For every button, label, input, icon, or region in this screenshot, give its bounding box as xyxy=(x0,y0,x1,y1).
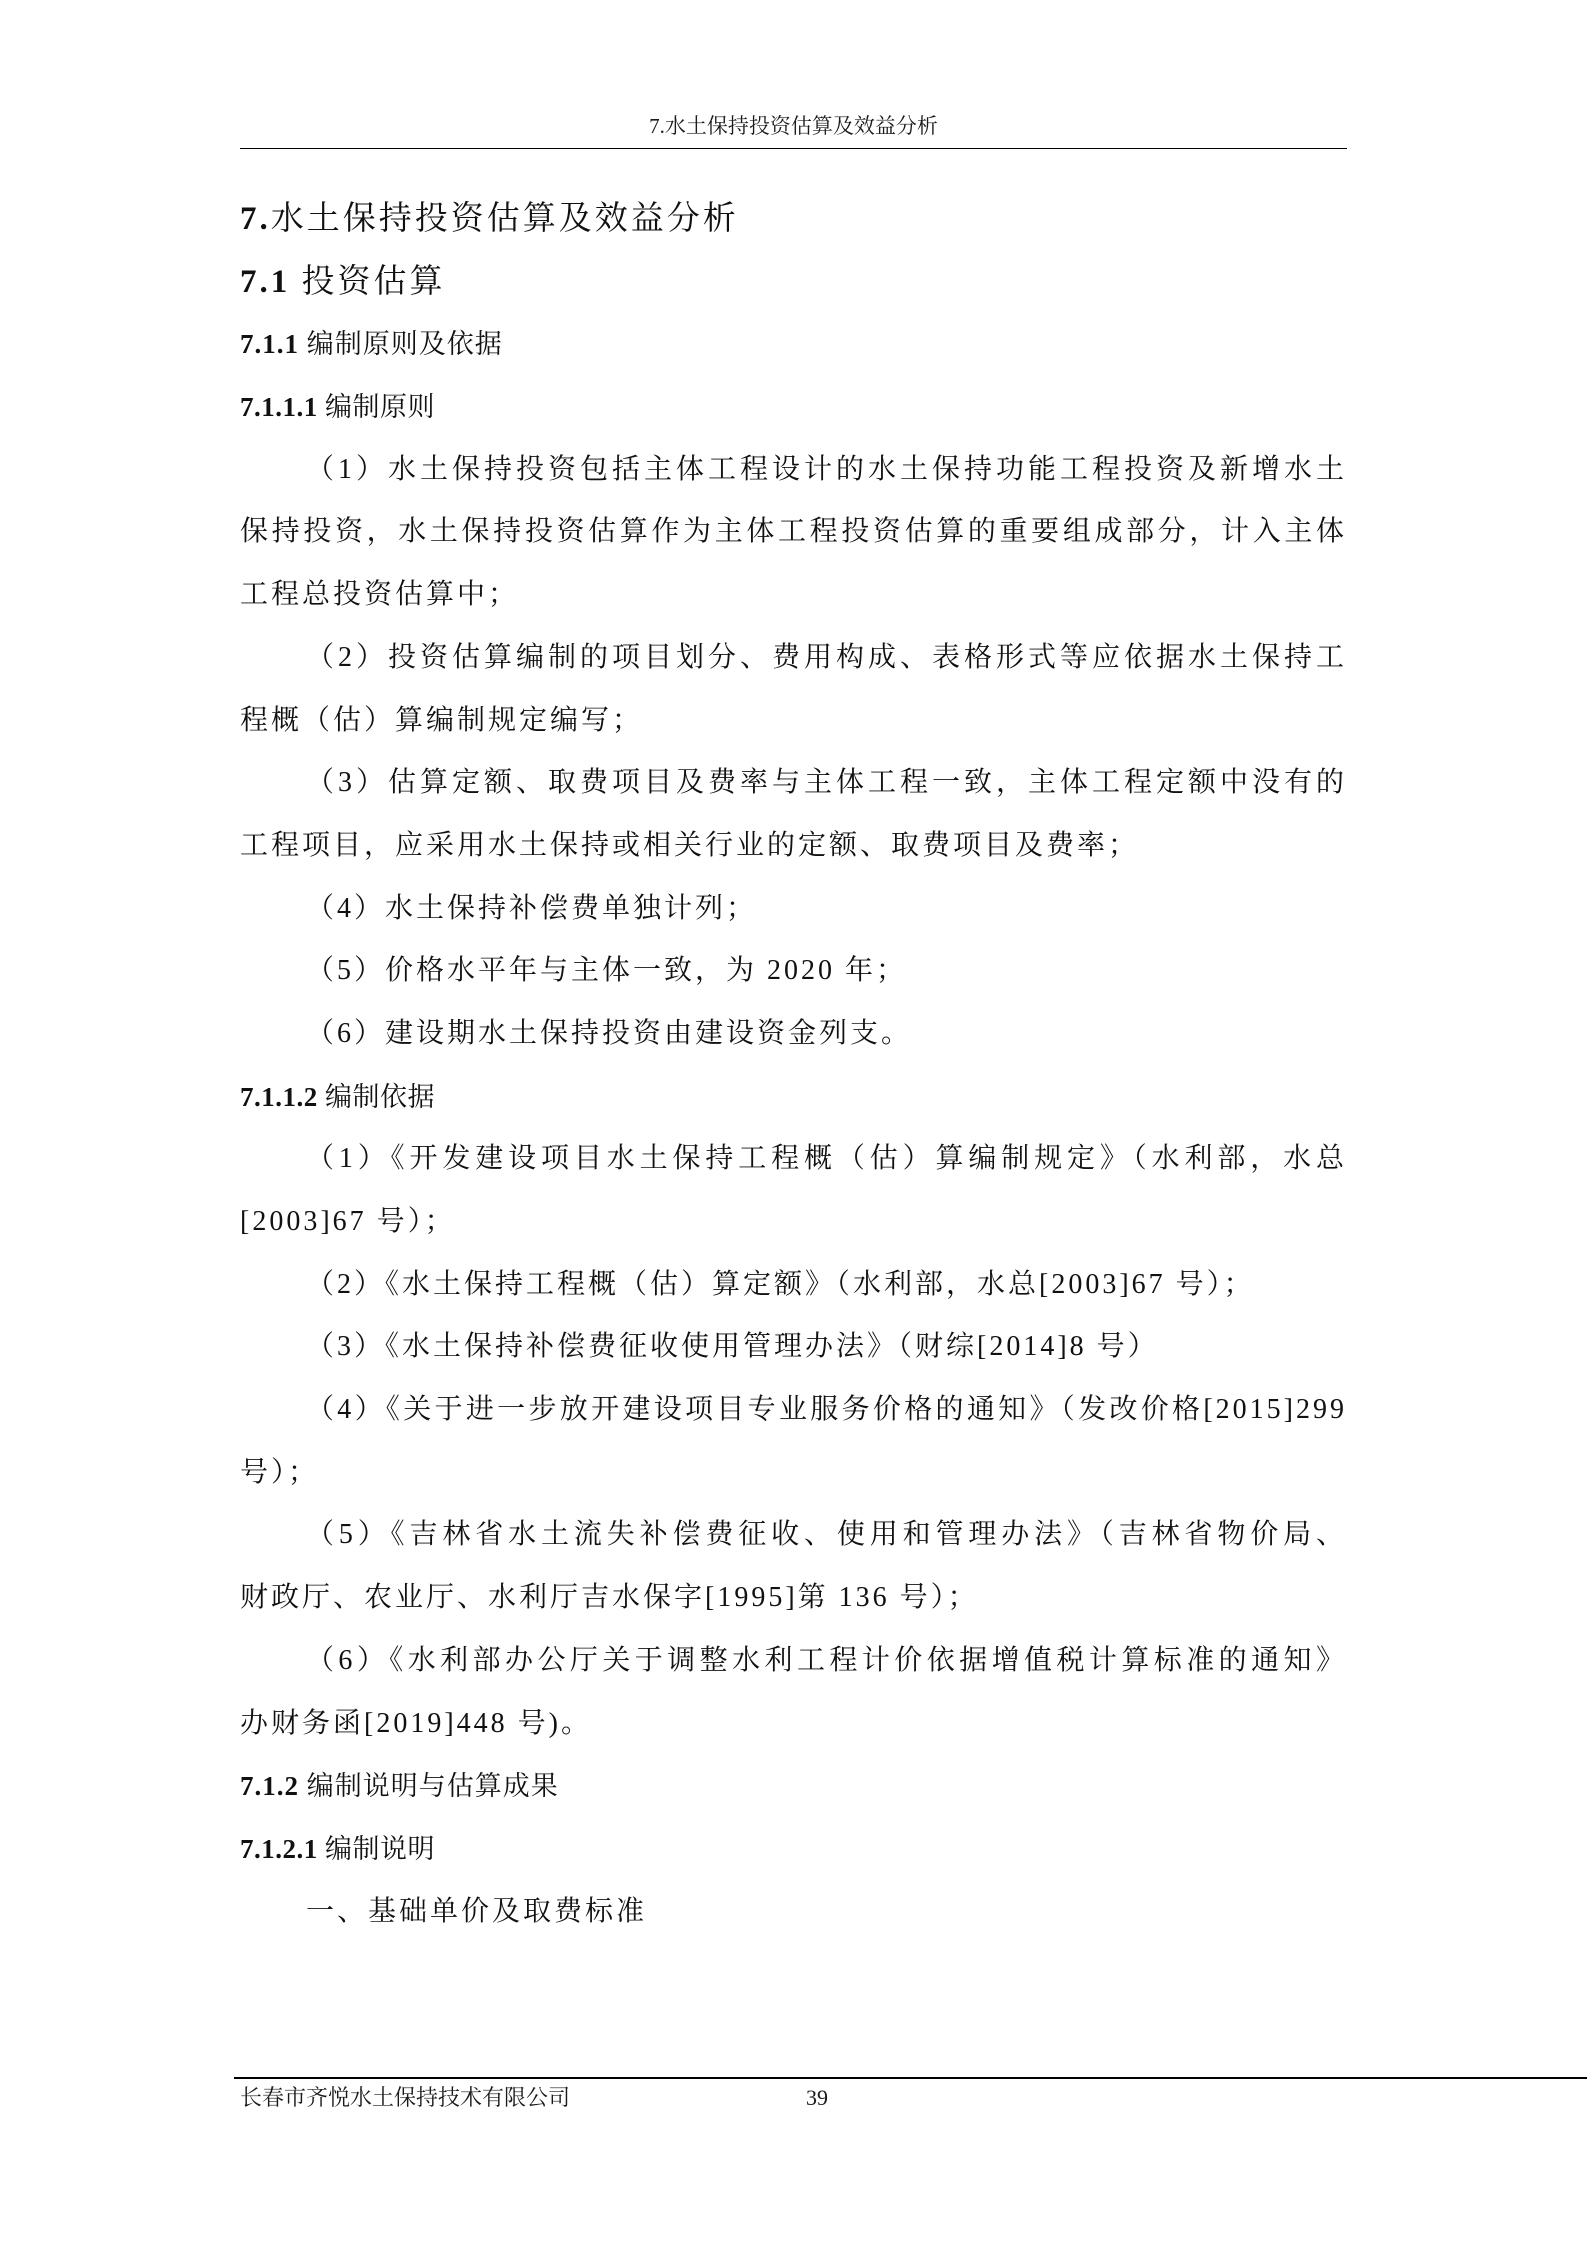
basis-item-4: （4）《关于进一步放开建设项目专业服务价格的通知》（发改价格[2015]299 … xyxy=(240,1379,1347,1504)
text-line: [2003]67 号）； xyxy=(240,1191,1347,1254)
subsubsection-heading-7-1-2-1: 7.1.2.1 编制说明 xyxy=(240,1818,1347,1881)
text-line: （1）水土保持投资包括主体工程设计的水土保持功能工程投资及新增水土 xyxy=(240,439,1347,502)
footer-divider xyxy=(234,2077,1587,2079)
text-line: （4）《关于进一步放开建设项目专业服务价格的通知》（发改价格[2015]299 xyxy=(240,1379,1347,1442)
heading-number: 7. xyxy=(240,201,271,237)
principle-item-6: （6）建设期水土保持投资由建设资金列支。 xyxy=(240,1003,1347,1066)
basis-item-2: （2）《水土保持工程概（估）算定额》（水利部，水总[2003]67 号）； xyxy=(240,1254,1347,1317)
heading-text: 水土保持投资估算及效益分析 xyxy=(271,201,739,237)
section-heading-7-1: 7.1 投资估算 xyxy=(240,251,1347,314)
text-line: 办财务函[2019]448 号)。 xyxy=(240,1693,1347,1756)
text-line: 财政厅、农业厅、水利厅吉水保字[1995]第 136 号）； xyxy=(240,1567,1347,1630)
text-line: （2）投资估算编制的项目划分、费用构成、表格形式等应依据水土保持工 xyxy=(240,627,1347,690)
text-line: 工程项目，应采用水土保持或相关行业的定额、取费项目及费率； xyxy=(240,815,1347,878)
basis-item-3: （3）《水土保持补偿费征收使用管理办法》（财综[2014]8 号） xyxy=(240,1316,1347,1379)
footer-company-name: 长春市齐悦水土保持技术有限公司 xyxy=(240,2083,570,2113)
heading-number: 7.1.1 xyxy=(240,329,299,359)
heading-number: 7.1.2 xyxy=(240,1771,299,1801)
principle-item-3: （3）估算定额、取费项目及费率与主体工程一致，主体工程定额中没有的 工程项目，应… xyxy=(240,752,1347,877)
heading-number: 7.1 xyxy=(240,264,290,300)
text-line: （6）《水利部办公厅关于调整水利工程计价依据增值税计算标准的通知》 xyxy=(240,1630,1347,1693)
text-line: 程概（估）算编制规定编写； xyxy=(240,690,1347,753)
principle-item-4: （4）水土保持补偿费单独计列； xyxy=(240,878,1347,941)
subsubsection-heading-7-1-1-2: 7.1.1.2 编制依据 xyxy=(240,1066,1347,1129)
chapter-heading: 7.水土保持投资估算及效益分析 xyxy=(240,188,1347,251)
heading-text: 投资估算 xyxy=(302,264,446,300)
explanation-item-1: 一、基础单价及取费标准 xyxy=(240,1881,1347,1944)
page-content: 7.水土保持投资估算及效益分析 7.1 投资估算 7.1.1 编制原则及依据 7… xyxy=(240,188,1347,1943)
basis-item-1: （1）《开发建设项目水土保持工程概（估）算编制规定》（水利部，水总 [2003]… xyxy=(240,1128,1347,1253)
principle-item-5: （5）价格水平年与主体一致，为 2020 年； xyxy=(240,940,1347,1003)
page-number: 39 xyxy=(806,2083,828,2113)
heading-number: 7.1.2.1 xyxy=(240,1834,318,1864)
heading-text: 编制原则 xyxy=(325,392,435,422)
text-line: 保持投资，水土保持投资估算作为主体工程投资估算的重要组成部分，计入主体 xyxy=(240,501,1347,564)
header-divider xyxy=(240,148,1347,149)
heading-text: 编制说明与估算成果 xyxy=(307,1771,559,1801)
heading-number: 7.1.1.2 xyxy=(240,1082,318,1112)
text-line: （3）估算定额、取费项目及费率与主体工程一致，主体工程定额中没有的 xyxy=(240,752,1347,815)
heading-text: 编制说明 xyxy=(325,1834,435,1864)
principle-item-2: （2）投资估算编制的项目划分、费用构成、表格形式等应依据水土保持工 程概（估）算… xyxy=(240,627,1347,752)
subsection-heading-7-1-2: 7.1.2 编制说明与估算成果 xyxy=(240,1755,1347,1818)
text-line: （1）《开发建设项目水土保持工程概（估）算编制规定》（水利部，水总 xyxy=(240,1128,1347,1191)
basis-item-5: （5）《吉林省水土流失补偿费征收、使用和管理办法》（吉林省物价局、 财政厅、农业… xyxy=(240,1504,1347,1629)
heading-number: 7.1.1.1 xyxy=(240,392,318,422)
text-line: 号）； xyxy=(240,1442,1347,1505)
basis-item-6: （6）《水利部办公厅关于调整水利工程计价依据增值税计算标准的通知》 办财务函[2… xyxy=(240,1630,1347,1755)
running-header: 7.水土保持投资估算及效益分析 xyxy=(240,108,1347,144)
subsubsection-heading-7-1-1-1: 7.1.1.1 编制原则 xyxy=(240,376,1347,439)
heading-text: 编制依据 xyxy=(325,1082,435,1112)
principle-item-1: （1）水土保持投资包括主体工程设计的水土保持功能工程投资及新增水土 保持投资，水… xyxy=(240,439,1347,627)
text-line: 工程总投资估算中； xyxy=(240,564,1347,627)
heading-text: 编制原则及依据 xyxy=(307,329,503,359)
subsection-heading-7-1-1: 7.1.1 编制原则及依据 xyxy=(240,313,1347,376)
text-line: （5）《吉林省水土流失补偿费征收、使用和管理办法》（吉林省物价局、 xyxy=(240,1504,1347,1567)
